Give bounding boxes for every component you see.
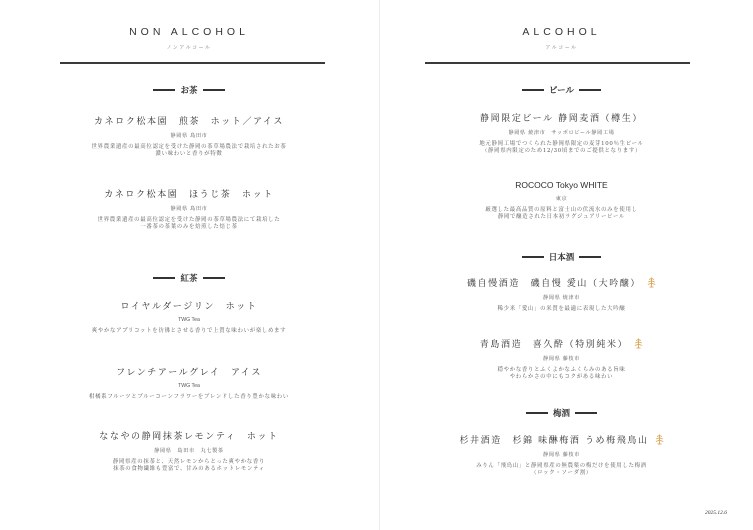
page-subtitle: アルコール (370, 44, 753, 51)
menu-item: ロイヤルダージリン ホット TWG Tea 爽やかなアプリコットを彷彿とさせる香… (0, 299, 378, 335)
section-heading-sake: 日本酒 (370, 251, 753, 263)
menu-item: 磯自慢酒造 磯自慢 愛山（大吟醸） 静岡県 焼津市 稀少米「愛山」の米質を最適に… (370, 276, 753, 313)
section-heading-beer: ビール (370, 84, 753, 96)
menu-item: フレンチアールグレイ アイス TWG Tea 柑橘系フルーツとブルーコーンフラワ… (0, 365, 378, 401)
item-name-row: 青島酒造 喜久酔（特別純米） (370, 337, 753, 350)
alcohol-page: ALCOHOL アルコール ビール 静岡限定ビール 静岡麦酒（樽生） 静岡県 焼… (380, 0, 753, 530)
dash-right (579, 89, 601, 90)
item-description: みりん「飛鳥山」と静岡県産の無農薬の梅だけを使用した梅酒 （ロック・ソーダ割） (370, 463, 753, 477)
item-name: 青島酒造 喜久酔（特別純米） (480, 337, 628, 350)
non-alcohol-page: NON ALCOHOL ノンアルコール お茶 カネロク松本園 煎茶 ホット／アイ… (0, 0, 378, 530)
header-rule (425, 62, 690, 64)
section-heading-ocha: お茶 (0, 84, 378, 96)
dash-left (522, 89, 544, 90)
dash-left (153, 277, 175, 278)
section-heading-umeshu: 梅酒 (370, 407, 753, 419)
dash-right (575, 412, 597, 413)
item-origin: 静岡県 島田市 (0, 132, 378, 139)
item-origin: 静岡県 焼津市 サッポロビール静岡工場 (370, 129, 753, 136)
item-description: 柑橘系フルーツとブルーコーンフラワーをブレンドした香り豊かな味わい (0, 394, 378, 401)
menu-item: 杉井酒造 杉錦 味醂梅酒 うめ梅飛鳥山 静岡県 藤枝市 みりん「飛鳥山」と静岡県… (370, 433, 753, 477)
menu-date: 2025.12.6 (705, 510, 727, 516)
header-rule (60, 62, 325, 64)
item-origin: 静岡県 藤枝市 (370, 355, 753, 362)
item-name: ROCOCO Tokyo WHITE (370, 180, 753, 190)
menu-item: ななやの静岡抹茶レモンティ ホット 静岡県 島田市 丸七製茶 静岡県産の抹茶と、… (0, 429, 378, 473)
menu-item: 静岡限定ビール 静岡麦酒（樽生） 静岡県 焼津市 サッポロビール静岡工場 地元静… (370, 111, 753, 155)
item-name: カネロク松本園 煎茶 ホット／アイス (0, 114, 378, 127)
item-origin: 静岡県 藤枝市 (370, 451, 753, 458)
item-name: 静岡限定ビール 静岡麦酒（樽生） (370, 111, 753, 124)
item-description: 穏やかな香りとふくよかなふくらみのある旨味 やわらかさの中にもコクがある味わい (370, 367, 753, 381)
page-title: ALCOHOL (370, 26, 753, 38)
item-origin: TWG Tea (0, 317, 378, 323)
dash-right (579, 256, 601, 257)
dash-left (153, 89, 175, 90)
item-origin: TWG Tea (0, 383, 378, 389)
item-name-row: 杉井酒造 杉錦 味醂梅酒 うめ梅飛鳥山 (370, 433, 753, 446)
item-description: 地元静岡工場でつくられた静岡県限定の麦芽100％生ビール （静岡県内限定のため1… (370, 141, 753, 155)
item-name: 杉井酒造 杉錦 味醂梅酒 うめ梅飛鳥山 (459, 433, 648, 446)
item-description: 静岡県産の抹茶と、天然レモンからとった爽やかな香り 抹茶の食物繊維も豊富で、甘み… (0, 459, 378, 473)
menu-item: カネロク松本園 煎茶 ホット／アイス 静岡県 島田市 世界農業遺産の最高位認定を… (0, 114, 378, 158)
item-origin: 静岡県 焼津市 (370, 294, 753, 301)
sake-cedar-icon (655, 434, 664, 445)
item-description: 厳選した最高品質の原料と富士山の伏流水のみを使用し 静岡で醸造された日本初ラグジ… (370, 207, 753, 221)
item-name: 磯自慢酒造 磯自慢 愛山（大吟醸） (467, 276, 641, 289)
dash-right (203, 277, 225, 278)
sake-cedar-icon (647, 277, 656, 288)
item-name-row: 磯自慢酒造 磯自慢 愛山（大吟醸） (370, 276, 753, 289)
menu-item: カネロク松本園 ほうじ茶 ホット 静岡県 島田市 世界農業遺産の最高位認定を受け… (0, 187, 378, 231)
dash-left (526, 412, 548, 413)
page-subtitle: ノンアルコール (0, 44, 378, 51)
item-name: フレンチアールグレイ アイス (0, 365, 378, 378)
item-description: 世界農業遺産の最高位認定を受けた静岡の茶草場農法にて栽培した 一番茶の茶葉のみを… (0, 217, 378, 231)
item-name: カネロク松本園 ほうじ茶 ホット (0, 187, 378, 200)
item-origin: 東京 (370, 195, 753, 202)
page-title: NON ALCOHOL (0, 26, 378, 38)
dash-right (203, 89, 225, 90)
item-origin: 静岡県 島田市 丸七製茶 (0, 447, 378, 454)
item-name: ロイヤルダージリン ホット (0, 299, 378, 312)
item-name: ななやの静岡抹茶レモンティ ホット (0, 429, 378, 442)
section-heading-koucha: 紅茶 (0, 272, 378, 284)
item-description: 爽やかなアプリコットを彷彿とさせる香りで上質な味わいが楽しめます (0, 328, 378, 335)
dash-left (522, 256, 544, 257)
item-description: 稀少米「愛山」の米質を最適に表現した大吟醸 (370, 306, 753, 313)
item-origin: 静岡県 島田市 (0, 205, 378, 212)
sake-cedar-icon (634, 338, 643, 349)
menu-item: ROCOCO Tokyo WHITE 東京 厳選した最高品質の原料と富士山の伏流… (370, 180, 753, 221)
menu-item: 青島酒造 喜久酔（特別純米） 静岡県 藤枝市 穏やかな香りとふくよかなふくらみの… (370, 337, 753, 381)
item-description: 世界農業遺産の最高位認定を受けた静岡の茶草場農法で栽培されたお茶 濃い味わいと香… (0, 144, 378, 158)
